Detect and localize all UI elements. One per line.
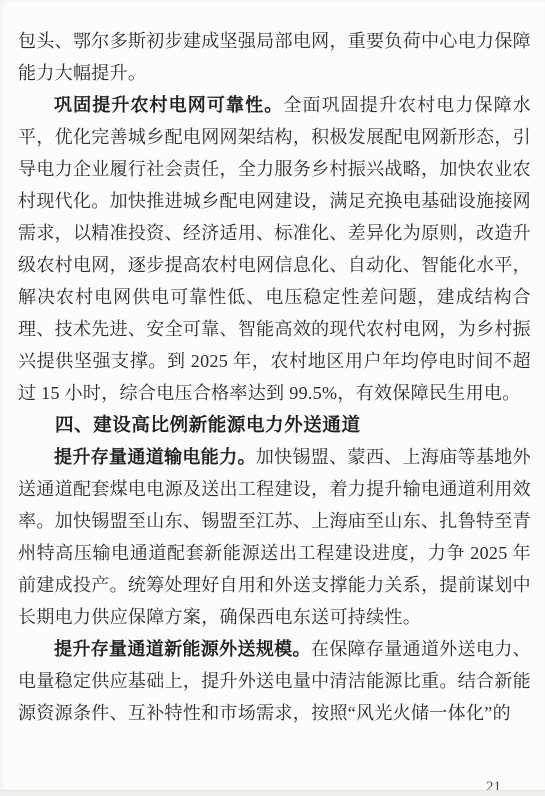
paragraph: 巩固提升农村电网可靠性。全面巩固提升农村电力保障水平，优化完善城乡配电网网架结构… — [18, 89, 531, 409]
paragraph-bold-lead: 巩固提升农村电网可靠性。 — [54, 95, 283, 115]
paragraph: 提升存量通道输电能力。加快锡盟、蒙西、上海庙等基地外送通道配套煤电电源及送出工程… — [18, 441, 531, 633]
paragraph-bold-lead: 提升存量通道新能源外送规模。 — [54, 639, 311, 659]
paragraph: 提升存量通道新能源外送规模。在保障存量通道外送电力、电量稳定供应基础上，提升外送… — [18, 633, 531, 729]
paragraph-bold-lead: 提升存量通道输电能力。 — [54, 447, 256, 467]
paragraph: 包头、鄂尔多斯初步建成坚强局部电网，重要负荷中心电力保障能力大幅提升。 — [18, 25, 531, 89]
document-page: 包头、鄂尔多斯初步建成坚强局部电网，重要负荷中心电力保障能力大幅提升。巩固提升农… — [0, 0, 545, 796]
section-heading: 四、建设高比例新能源电力外送通道 — [18, 409, 531, 441]
document-body: 包头、鄂尔多斯初步建成坚强局部电网，重要负荷中心电力保障能力大幅提升。巩固提升农… — [18, 25, 531, 729]
page-edge-strip — [0, 790, 545, 796]
